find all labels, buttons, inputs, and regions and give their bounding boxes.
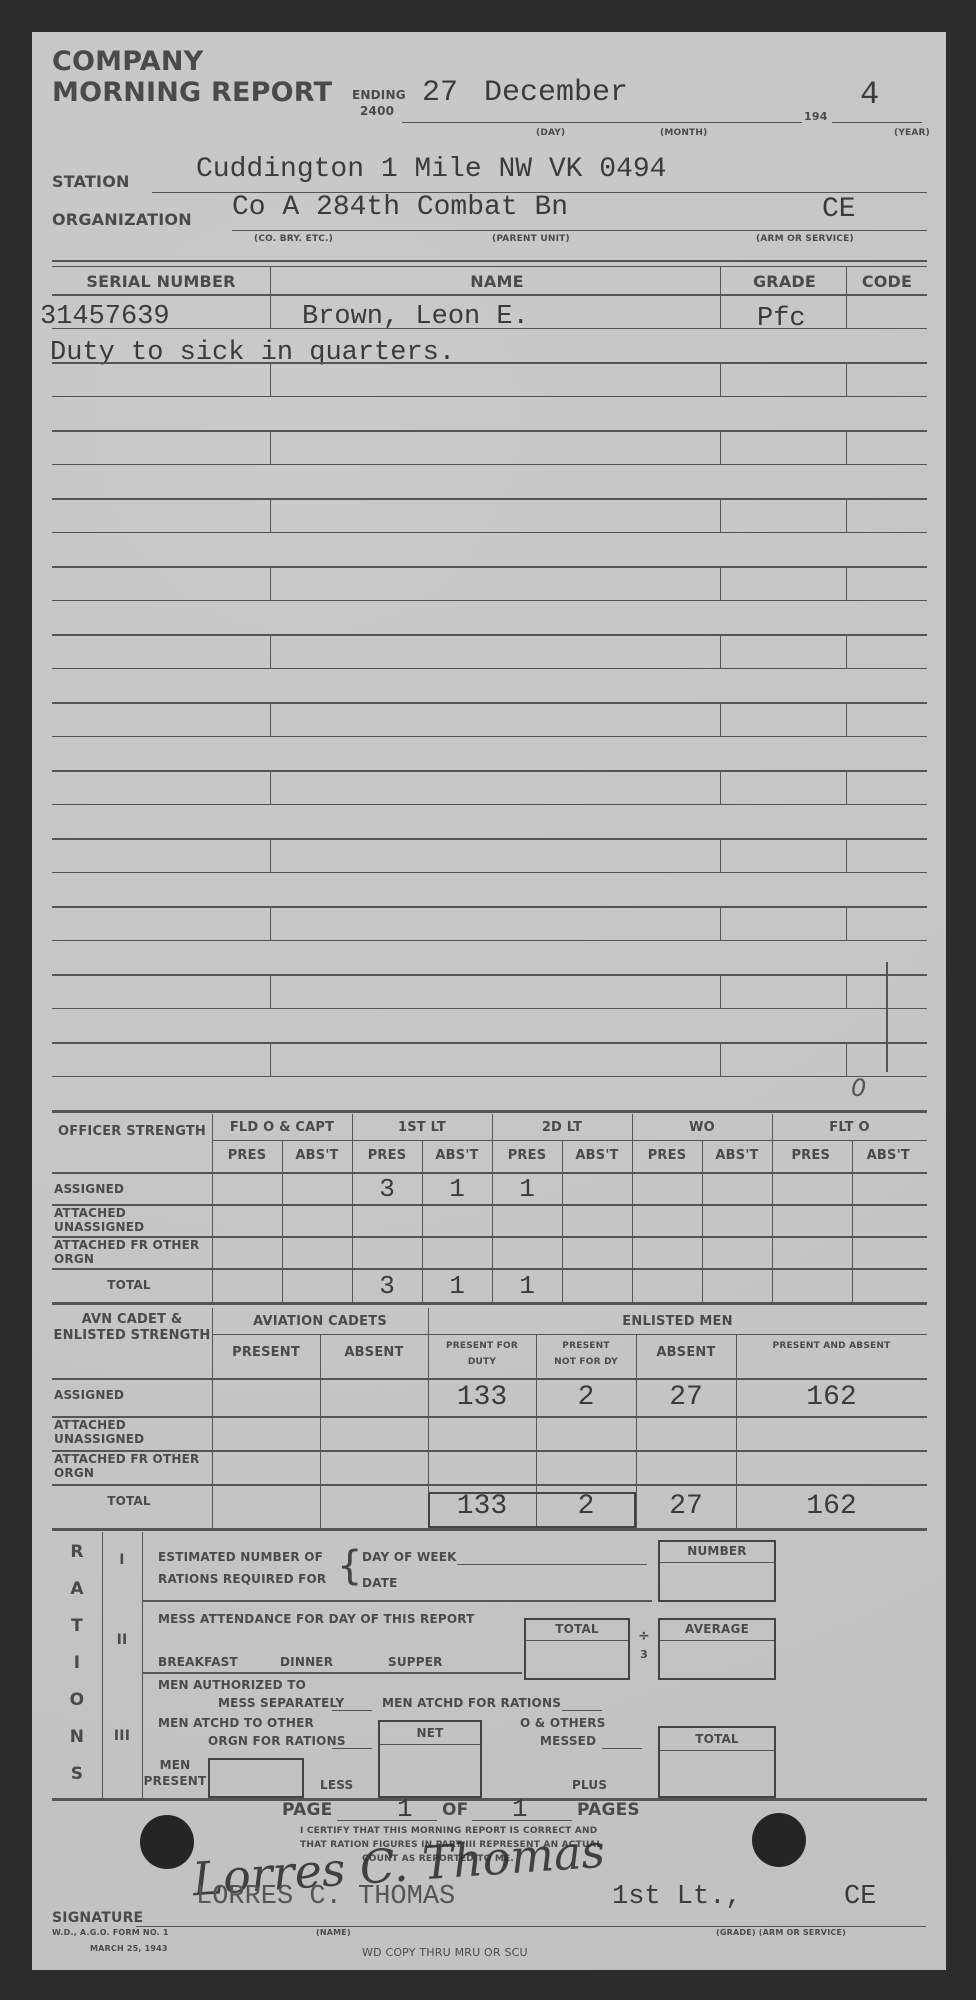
auth-line2: MESS SEPARATELY — [218, 1696, 344, 1710]
name-caption: (NAME) — [316, 1928, 351, 1937]
auth-line1: MEN AUTHORIZED TO — [158, 1678, 306, 1692]
enlisted-men-header: ENLISTED MEN — [428, 1314, 927, 1329]
signer-grade: 1st Lt., — [612, 1882, 742, 1912]
copy-note: WD COPY THRU MRU OR SCU — [362, 1946, 528, 1959]
ending-label: ENDING — [352, 88, 406, 102]
officer-group-header: WO — [632, 1120, 772, 1135]
other-orgn-line[interactable] — [332, 1748, 372, 1749]
signer-arm: CE — [844, 1882, 876, 1912]
rations-bottom-rule — [52, 1798, 927, 1801]
signature-label: SIGNATURE — [52, 1910, 143, 1926]
rations-side-letter: R — [62, 1542, 92, 1562]
year-prefix: 194 — [804, 110, 828, 123]
enlisted-row-label: ATTACHED FR OTHER ORGN — [54, 1452, 204, 1480]
roster-column-divider — [846, 430, 847, 464]
rations-side-letter: I — [62, 1653, 92, 1673]
roster-row-rule — [52, 736, 927, 737]
officer-group-header: FLD O & CAPT — [212, 1120, 352, 1135]
officer-subcol-pres: PRES — [352, 1148, 422, 1163]
enlisted-cell: 162 — [736, 1486, 927, 1528]
roster-header-divider — [720, 266, 721, 294]
enlisted-cell: 162 — [736, 1380, 927, 1416]
officer-group-header: 1ST LT — [352, 1120, 492, 1135]
roster-column-divider — [720, 702, 721, 736]
roster-row-rule — [52, 974, 927, 976]
enlisted-col-header: ABSENT — [636, 1346, 736, 1360]
section3-total-rule — [660, 1750, 774, 1751]
form-title-line1: COMPANY — [52, 46, 203, 77]
enlisted-col-header: PRESENT NOT FOR DY — [536, 1338, 636, 1370]
header-name: NAME — [272, 272, 722, 291]
form-title-line2: MORNING REPORT — [52, 77, 332, 108]
o-others-line2: MESSED — [540, 1734, 596, 1748]
roster-column-divider — [270, 294, 271, 328]
atchd-rations-label: MEN ATCHD FOR RATIONS — [382, 1696, 561, 1710]
roster-top-rule — [52, 260, 927, 262]
officer-subcol-pres: PRES — [492, 1148, 562, 1163]
officer-table-top-rule — [52, 1110, 927, 1113]
margin-pen-stroke — [886, 962, 888, 1072]
roster-column-divider — [270, 974, 271, 1008]
roster-row-rule — [52, 566, 927, 568]
form-date: MARCH 25, 1943 — [90, 1944, 168, 1953]
roster-row-rule — [52, 294, 927, 296]
roster-header-divider — [270, 266, 271, 294]
rations-side-letter: N — [62, 1727, 92, 1747]
officer-cell: 1 — [492, 1270, 562, 1302]
roster-column-divider — [846, 702, 847, 736]
roster-row-rule — [52, 498, 927, 500]
other-line1: MEN ATCHD TO OTHER — [158, 1716, 314, 1730]
enlisted-col-header: ABSENT — [320, 1346, 428, 1360]
roster-column-divider — [720, 566, 721, 600]
enlisted-cell: 2 — [536, 1380, 636, 1416]
page-total-underline — [472, 1820, 572, 1821]
report-month: December — [484, 76, 628, 110]
officer-subcol-abst: ABS'T — [422, 1148, 492, 1163]
officer-col-divider — [702, 1140, 703, 1302]
date-underline — [402, 122, 802, 123]
brace-icon: { — [337, 1546, 362, 1586]
roster-column-divider — [846, 362, 847, 396]
roster-column-divider — [846, 498, 847, 532]
section1-label2: RATIONS REQUIRED FOR — [158, 1572, 326, 1586]
breakfast-label: BREAKFAST — [158, 1655, 238, 1669]
report-day: 27 — [422, 76, 458, 110]
day-caption: (DAY) — [536, 128, 565, 138]
roster-column-divider — [270, 838, 271, 872]
page-label: PAGE — [282, 1800, 332, 1820]
rations-side-letter: A — [62, 1579, 92, 1599]
enlisted-row-label: TOTAL — [54, 1494, 204, 1508]
enlisted-cell: 2 — [536, 1486, 636, 1528]
roster-row-rule — [52, 770, 927, 772]
men-present-line1: MEN — [142, 1758, 208, 1772]
roster-row-rule — [52, 940, 927, 941]
officer-subcol-pres: PRES — [632, 1148, 702, 1163]
enlisted-row-label: ATTACHED UNASSIGNED — [54, 1418, 204, 1446]
officer-row-label: TOTAL — [54, 1278, 204, 1292]
net-rule — [380, 1744, 480, 1745]
enlisted-cell: 27 — [636, 1486, 736, 1528]
roster-column-divider — [846, 634, 847, 668]
officer-group-header: 2D LT — [492, 1120, 632, 1135]
roster-column-divider — [270, 634, 271, 668]
signer-name: LORRES C. THOMAS — [196, 1882, 455, 1912]
organization-underline — [232, 230, 927, 231]
year-underline — [832, 122, 922, 123]
o-others-line1: O & OTHERS — [520, 1716, 606, 1730]
of-label: OF — [442, 1800, 468, 1820]
roster-column-divider — [720, 294, 721, 328]
officer-group-header: FLT O — [772, 1120, 927, 1135]
officer-subcol-abst: ABS'T — [850, 1148, 928, 1163]
officer-subcol-abst: ABS'T — [702, 1148, 772, 1163]
roster-column-divider — [720, 770, 721, 804]
roster-row-rule — [52, 328, 927, 329]
number-label: NUMBER — [658, 1544, 776, 1558]
roster-column-divider — [720, 974, 721, 1008]
rations-side-letter: O — [62, 1690, 92, 1710]
roster-row-rule — [52, 362, 927, 364]
officer-cell: 1 — [492, 1174, 562, 1204]
officer-col-divider — [282, 1140, 283, 1302]
officer-col-divider — [212, 1114, 213, 1302]
officer-subcol-abst: ABS'T — [562, 1148, 632, 1163]
enlisted-col-header: PRESENT AND ABSENT — [736, 1338, 927, 1354]
divide-by: 3 — [632, 1648, 656, 1661]
roster-row-rule — [52, 702, 927, 704]
roster-column-divider — [270, 1042, 271, 1076]
number-box-rule — [660, 1562, 774, 1563]
organization-label: ORGANIZATION — [52, 210, 192, 229]
officer-col-divider — [632, 1114, 633, 1302]
enlisted-col-divider — [212, 1308, 213, 1528]
rations-side-letter: T — [62, 1616, 92, 1636]
roster-column-divider — [846, 838, 847, 872]
roster-column-divider — [720, 1042, 721, 1076]
section2-numeral: II — [102, 1632, 142, 1648]
plus-label: PLUS — [572, 1778, 607, 1792]
roster-column-divider — [720, 498, 721, 532]
enlisted-row-label: ASSIGNED — [54, 1388, 204, 1402]
other-line2: ORGN FOR RATIONS — [208, 1734, 346, 1748]
aviation-cadets-header: AVIATION CADETS — [212, 1314, 428, 1329]
officer-subcol-pres: PRES — [772, 1148, 850, 1163]
dinner-label: DINNER — [280, 1655, 333, 1669]
roster-column-divider — [720, 634, 721, 668]
section2-title: MESS ATTENDANCE FOR DAY OF THIS REPORT — [158, 1612, 475, 1626]
officer-rule — [52, 1302, 927, 1305]
roster-top-rule-2 — [52, 266, 927, 267]
rations-rule — [142, 1600, 652, 1602]
header-serial: SERIAL NUMBER — [52, 272, 270, 291]
roster-column-divider — [270, 498, 271, 532]
section1-label1: ESTIMATED NUMBER OF — [158, 1550, 323, 1564]
roster-row-rule — [52, 838, 927, 840]
roster-row-rule — [52, 464, 927, 465]
officer-subcol-abst: ABS'T — [282, 1148, 352, 1163]
average-label: AVERAGE — [658, 1622, 776, 1636]
grade-caption: (GRADE) (ARM OR SERVICE) — [716, 1928, 846, 1937]
officer-strength-title: OFFICER STRENGTH — [52, 1124, 212, 1140]
caption-co: (CO. BRY. ETC.) — [254, 234, 333, 244]
roster-column-divider — [720, 906, 721, 940]
roster-column-divider — [846, 294, 847, 328]
average-rule — [660, 1640, 774, 1641]
punch-hole-left — [140, 1815, 194, 1869]
rations-divider — [102, 1532, 103, 1798]
roster-row-rule — [52, 906, 927, 908]
roster-row-rule — [52, 1042, 927, 1044]
mess-total-rule — [526, 1640, 628, 1641]
officer-cell: 3 — [352, 1270, 422, 1302]
roster-row-rule — [52, 804, 927, 805]
roster-column-divider — [270, 430, 271, 464]
roster-column-divider — [720, 430, 721, 464]
signature-line — [136, 1926, 926, 1927]
roster-column-divider — [720, 838, 721, 872]
roster-column-divider — [270, 906, 271, 940]
roster-column-divider — [846, 1042, 847, 1076]
roster-row-rule — [52, 532, 927, 533]
enlisted-strength-title: AVN CADET & ENLISTED STRENGTH — [52, 1312, 212, 1344]
officer-col-divider — [562, 1140, 563, 1302]
roster-column-divider — [846, 770, 847, 804]
header-code: CODE — [848, 272, 926, 291]
morning-report-form: COMPANY MORNING REPORT ENDING 2400 27 De… — [32, 32, 946, 1970]
officer-col-divider — [772, 1114, 773, 1302]
officer-rule — [212, 1140, 927, 1141]
roster-row-rule — [52, 872, 927, 873]
enlisted-col-divider — [320, 1334, 321, 1528]
officer-cell: 1 — [422, 1174, 492, 1204]
officer-cell: 1 — [422, 1270, 492, 1302]
roster-column-divider — [270, 702, 271, 736]
section3-total-label: TOTAL — [658, 1732, 776, 1746]
men-present-box[interactable] — [208, 1758, 304, 1798]
entry-grade: Pfc — [757, 304, 806, 334]
pages-label: PAGES — [577, 1800, 640, 1820]
roster-column-divider — [270, 362, 271, 396]
form-number: W.D., A.G.O. FORM NO. 1 — [52, 1928, 169, 1937]
rations-rule — [142, 1672, 522, 1674]
header-grade: GRADE — [722, 272, 847, 291]
men-present-line2: PRESENT — [142, 1774, 208, 1788]
officer-subcol-pres: PRES — [212, 1148, 282, 1163]
roster-row-rule — [52, 1076, 927, 1077]
roster-column-divider — [846, 974, 847, 1008]
roster-header-divider — [846, 266, 847, 294]
station-value: Cuddington 1 Mile NW VK 0494 — [196, 154, 666, 185]
organization-value: Co A 284th Combat Bn — [232, 192, 568, 223]
organization-arm: CE — [822, 194, 856, 225]
section1-numeral: I — [102, 1552, 142, 1568]
roster-column-divider — [846, 906, 847, 940]
roster-row-rule — [52, 396, 927, 397]
enlisted-cell: 133 — [428, 1380, 536, 1416]
roster-row-rule — [52, 634, 927, 636]
roster-row-rule — [52, 668, 927, 669]
enlisted-cell: 27 — [636, 1380, 736, 1416]
mess-separately-line[interactable] — [332, 1710, 372, 1711]
less-label: LESS — [320, 1778, 353, 1792]
time-label: 2400 — [360, 104, 394, 118]
mess-total-label: TOTAL — [524, 1622, 630, 1636]
net-label: NET — [378, 1726, 482, 1740]
enlisted-col-header: PRESENT FOR DUTY — [428, 1338, 536, 1370]
enlisted-rule — [52, 1528, 927, 1531]
o-others-line[interactable] — [602, 1748, 642, 1749]
roster-column-divider — [270, 566, 271, 600]
officer-row-label: ATTACHED UNASSIGNED — [54, 1206, 204, 1234]
atchd-rations-line[interactable] — [562, 1710, 602, 1711]
report-year-digit: 4 — [860, 76, 879, 113]
punch-hole-right — [752, 1813, 806, 1867]
rations-side-letter: S — [62, 1764, 92, 1784]
year-caption: (YEAR) — [894, 128, 930, 138]
roster-column-divider — [720, 362, 721, 396]
caption-arm: (ARM OR SERVICE) — [756, 234, 854, 244]
enlisted-cell: 133 — [428, 1486, 536, 1528]
roster-row-rule — [52, 1008, 927, 1009]
officer-row-label: ASSIGNED — [54, 1182, 204, 1196]
margin-mark: 0 — [851, 1074, 866, 1102]
supper-label: SUPPER — [388, 1655, 443, 1669]
divide-icon: ÷ — [632, 1628, 656, 1644]
station-label: STATION — [52, 172, 130, 191]
month-caption: (MONTH) — [660, 128, 707, 138]
section3-numeral: III — [102, 1728, 142, 1744]
roster-row-rule — [52, 600, 927, 601]
roster-column-divider — [846, 566, 847, 600]
officer-col-divider — [852, 1140, 853, 1302]
caption-parent-unit: (PARENT UNIT) — [492, 234, 570, 244]
officer-cell: 3 — [352, 1174, 422, 1204]
roster-column-divider — [270, 770, 271, 804]
day-of-week-line[interactable] — [457, 1564, 647, 1565]
date-label: DATE — [362, 1576, 398, 1590]
enlisted-col-header: PRESENT — [212, 1346, 320, 1360]
officer-row-label: ATTACHED FR OTHER ORGN — [54, 1238, 204, 1266]
day-of-week-label: DAY OF WEEK — [362, 1550, 457, 1564]
page-number-underline — [337, 1820, 437, 1821]
roster-row-rule — [52, 430, 927, 432]
